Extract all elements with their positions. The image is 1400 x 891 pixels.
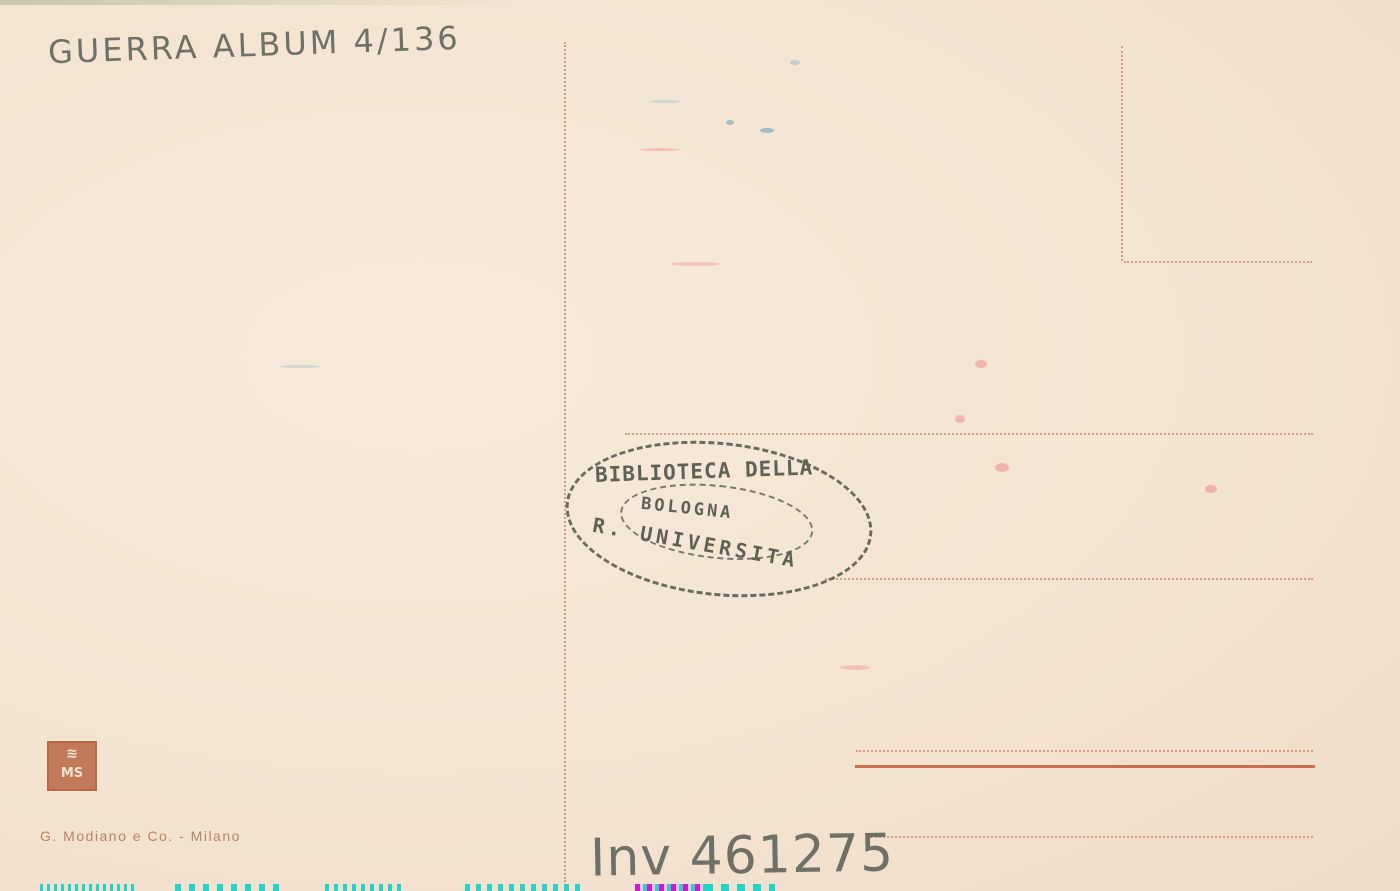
logo-glyph-icon: ≋	[49, 743, 95, 765]
ink-speck	[650, 100, 680, 103]
ink-speck	[726, 120, 734, 125]
ink-speck	[975, 360, 987, 368]
scan-color-strip	[40, 884, 775, 891]
library-stamp: BIBLIOTECA DELLA BOLOGNA R. UNIVERSITA	[558, 426, 880, 611]
stamp-box-left	[1121, 46, 1123, 261]
ink-speck	[1205, 485, 1217, 493]
address-line-3	[856, 750, 1313, 752]
stamp-line-1: BIBLIOTECA DELLA	[595, 455, 814, 487]
inventory-note: Inv 461275	[589, 823, 894, 888]
ink-speck	[955, 415, 965, 423]
ink-speck	[840, 665, 870, 670]
top-edge-stain	[0, 0, 520, 5]
logo-text: MS	[49, 765, 95, 783]
ink-speck	[760, 128, 774, 133]
postcard-back: GUERRA ALBUM 4/136 BIBLIOTECA DELLA BOLO…	[0, 0, 1400, 891]
stamp-box-bottom	[1124, 261, 1312, 263]
handwritten-title: GUERRA ALBUM 4/136	[47, 19, 461, 71]
ink-speck	[280, 365, 320, 368]
address-line-4	[870, 836, 1313, 838]
center-divider	[564, 42, 566, 882]
publisher-imprint: G. Modiano e Co. - Milano	[40, 828, 241, 844]
ink-speck	[790, 60, 800, 65]
address-line-1	[625, 433, 1313, 435]
ink-speck	[670, 262, 720, 266]
address-solid-rule	[855, 765, 1315, 768]
address-line-2	[825, 578, 1313, 580]
ink-speck	[995, 463, 1009, 472]
ink-speck	[640, 148, 680, 151]
publisher-logo: ≋ MS	[47, 741, 97, 791]
